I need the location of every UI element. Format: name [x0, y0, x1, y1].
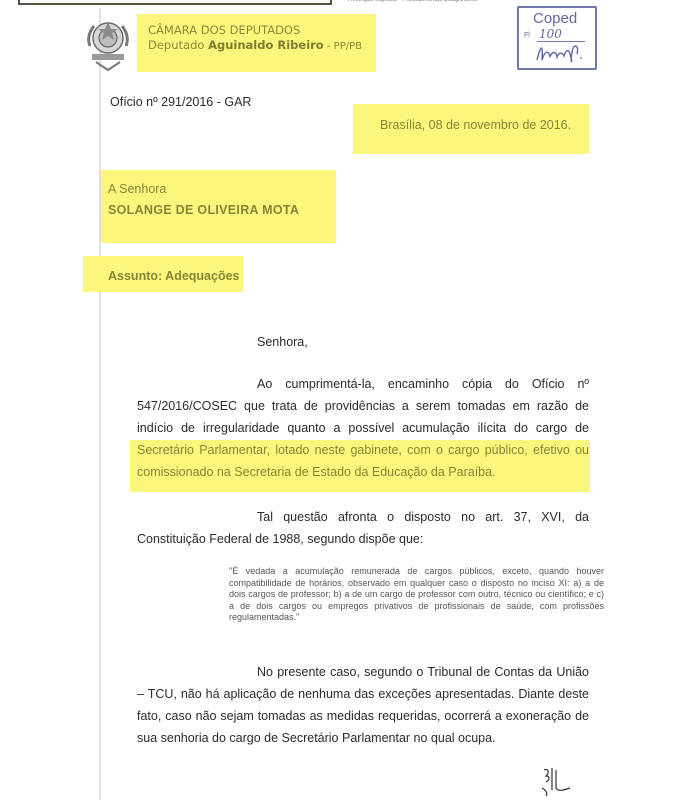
coped-stamp: Coped Fl 100: [517, 6, 597, 70]
deputy-line: Deputado Aguinaldo Ribeiro - PP/PB: [148, 38, 362, 54]
paragraph-3-text: No presente caso, segundo o Tribunal de …: [137, 665, 589, 745]
stamp-page-number: 100: [539, 27, 562, 41]
date-line: Brasília, 08 de novembro de 2016.: [380, 117, 571, 133]
paragraph-2: Tal questão afronta o disposto no art. 3…: [137, 506, 589, 550]
recipient-name: SOLANGE DE OLIVEIRA MOTA: [108, 202, 299, 218]
paragraph-2-text: Tal questão afronta o disposto no art. 3…: [137, 510, 589, 546]
constitution-quote: "É vedada a acumulação remunerada de car…: [229, 566, 604, 624]
stamp-title: Coped: [533, 10, 577, 27]
recipient-salutation: A Senhora: [108, 181, 166, 197]
paragraph-3: No presente caso, segundo o Tribunal de …: [137, 661, 589, 749]
coat-of-arms-icon: [82, 16, 134, 72]
top-caption: Restrição especial - Procedimentos disci…: [348, 0, 477, 3]
paragraph-1-highlighted: Secretário Parlamentar, lotado neste gab…: [137, 443, 589, 479]
subject-line: Assunto: Adequações: [108, 268, 240, 284]
letterhead: CÂMARA DOS DEPUTADOS Deputado Aguinaldo …: [148, 23, 362, 54]
paragraph-1: Ao cumprimentá-la, encaminho cópia do Of…: [137, 373, 589, 483]
initials-signature-icon: [534, 766, 574, 800]
deputy-name: Aguinaldo Ribeiro: [208, 38, 324, 52]
office-number: Ofício nº 291/2016 - GAR: [110, 94, 251, 110]
top-frame-box: [18, 0, 332, 5]
greeting: Senhora,: [257, 334, 308, 350]
institution-name: CÂMARA DOS DEPUTADOS: [148, 23, 362, 38]
stamp-fl-label: Fl: [524, 32, 530, 39]
paragraph-1-text: Ao cumprimentá-la, encaminho cópia do Of…: [137, 377, 589, 435]
stamp-signature-icon: [533, 42, 585, 64]
page-margin-line: [99, 8, 101, 800]
